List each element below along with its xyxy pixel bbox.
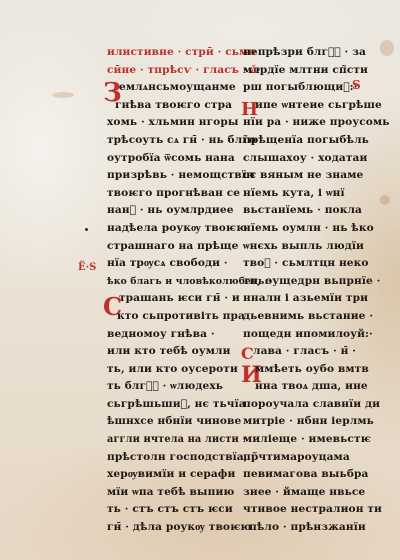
text-line: лава · гласъ · н̄ · [243, 343, 375, 361]
text-line: трашань ѥси гн̄ · и [107, 290, 235, 308]
text-line: тн, оущедрн вьпрнїе · [243, 273, 375, 291]
parchment-stain [85, 228, 88, 231]
text-line: непрѣзри блгⷪ҇ · за [243, 44, 375, 62]
text-line: пѣло · прѣнзжанїи [243, 519, 375, 537]
text-line: нналн і азьемїи три [243, 290, 375, 308]
parchment-stain [52, 92, 74, 98]
parchment-stain [380, 40, 394, 56]
text-line: ѣко благь и чловѣколюбець:· [107, 273, 235, 291]
text-line: прѣщенїа погыбѣль [243, 132, 375, 150]
text-line: кто сьпротивіть пра [107, 308, 235, 326]
text-line: пощедн ипомилоуй:· [243, 326, 375, 344]
parchment-stain [380, 195, 390, 205]
text-line: митріе · нбнн іерлмь [243, 413, 375, 431]
right-text-column: Н С И непрѣзри блгⷪ҇ · за млрдїе млтни с… [243, 44, 375, 537]
text-line: нна твоѧ дша, ине [243, 378, 375, 396]
text-line: или кто тебѣ оумли [107, 343, 235, 361]
text-line: ть блгⷪ҇ · ѡлюдехь [107, 378, 235, 396]
text-line: дьевнимь вьстание · [243, 308, 375, 326]
text-line: призрѣвь · немощствїѥ [107, 167, 235, 185]
text-line: певимагова выьбра [243, 466, 375, 484]
text-line: миліеще · имевьстѥ [243, 431, 375, 449]
text-line: ть · стъ стъ стъ ѥси [107, 501, 235, 519]
text-line: пороучала славнїи ди [243, 396, 375, 414]
text-line: нанⷹ · нь оумлрдиее [107, 202, 235, 220]
text-line: прѣстолн господствїа, [107, 449, 235, 467]
text-line: ипе ѡнтеие сьгрѣше [243, 97, 375, 115]
text-line: нїи ра · ниже проусомь [243, 114, 375, 132]
manuscript-page: Ё·Ѕ Ѕ З С илистивне · стрӣ · сьмо сӣне ·… [0, 0, 400, 560]
text-line: емлѧнсьмоущанмe [107, 79, 235, 97]
text-line: твоѥго прогнѣван се [107, 185, 235, 203]
text-line: хомь · хльмин нгоры [107, 114, 235, 132]
text-line: гнѣва твоѥго стра [107, 97, 235, 115]
text-line: ммѣеть оубо вмтв [243, 361, 375, 379]
text-line: пр̃чтимароуцама [243, 449, 375, 467]
text-line: сьгрѣшьшиⷯ, нє тьчїа [107, 396, 235, 414]
text-line: слышахоу · ходатаи [243, 150, 375, 168]
text-line: оутробїа ѿсомь нана [107, 150, 235, 168]
text-line: нїа трѹсѧ свободи · [107, 255, 235, 273]
margin-rubric-marker: Ё·Ѕ [78, 262, 96, 273]
text-line: ведномоу гнѣва · [107, 326, 235, 344]
text-line: ѣшнхсе нбнїи чинове [107, 413, 235, 431]
text-line: страшнаго на прѣще [107, 238, 235, 256]
left-text-column: З С илистивне · стрӣ · сьмо сӣне · тпрѣс… [107, 44, 235, 537]
text-line: мїи ѡпа тебѣ выпию [107, 484, 235, 502]
text-line: ть, или кто оусероти [107, 361, 235, 379]
text-line: нїемь кута, і ѡнї [243, 185, 375, 203]
text-line: ст вяным не знаме [243, 167, 375, 185]
text-line: надѣела роукѹ твоѥю [107, 220, 235, 238]
text-line: млрдїе млтни сп̃сти [243, 62, 375, 80]
text-line: аггли ичтела на листи · [107, 431, 235, 449]
text-line: рш погыблющиⷯ:· [243, 79, 375, 97]
rubric-line: илистивне · стрӣ · сьмо [107, 44, 235, 62]
text-line: херѹвимїи и серафи [107, 466, 235, 484]
rubric-line: сӣне · тпрѣсѵ · гласъ · ӑ· [107, 62, 235, 80]
text-line: вьстанїемь · покла [243, 202, 375, 220]
text-line: трѣсоуть сѧ гн̄ · нь блг̃о [107, 132, 235, 150]
text-line: гн̄ · дѣла роукѹ твоѥю [107, 519, 235, 537]
text-line: нїемь оумлн · нь ѣко [243, 220, 375, 238]
text-line: зиее · ймаще нвьсе [243, 484, 375, 502]
text-line: твоⷯ · сьмлтцн неко [243, 255, 375, 273]
text-line: чтнвое нестралион ти [243, 501, 375, 519]
text-line: ѡнєхь выпль людїи [243, 238, 375, 256]
